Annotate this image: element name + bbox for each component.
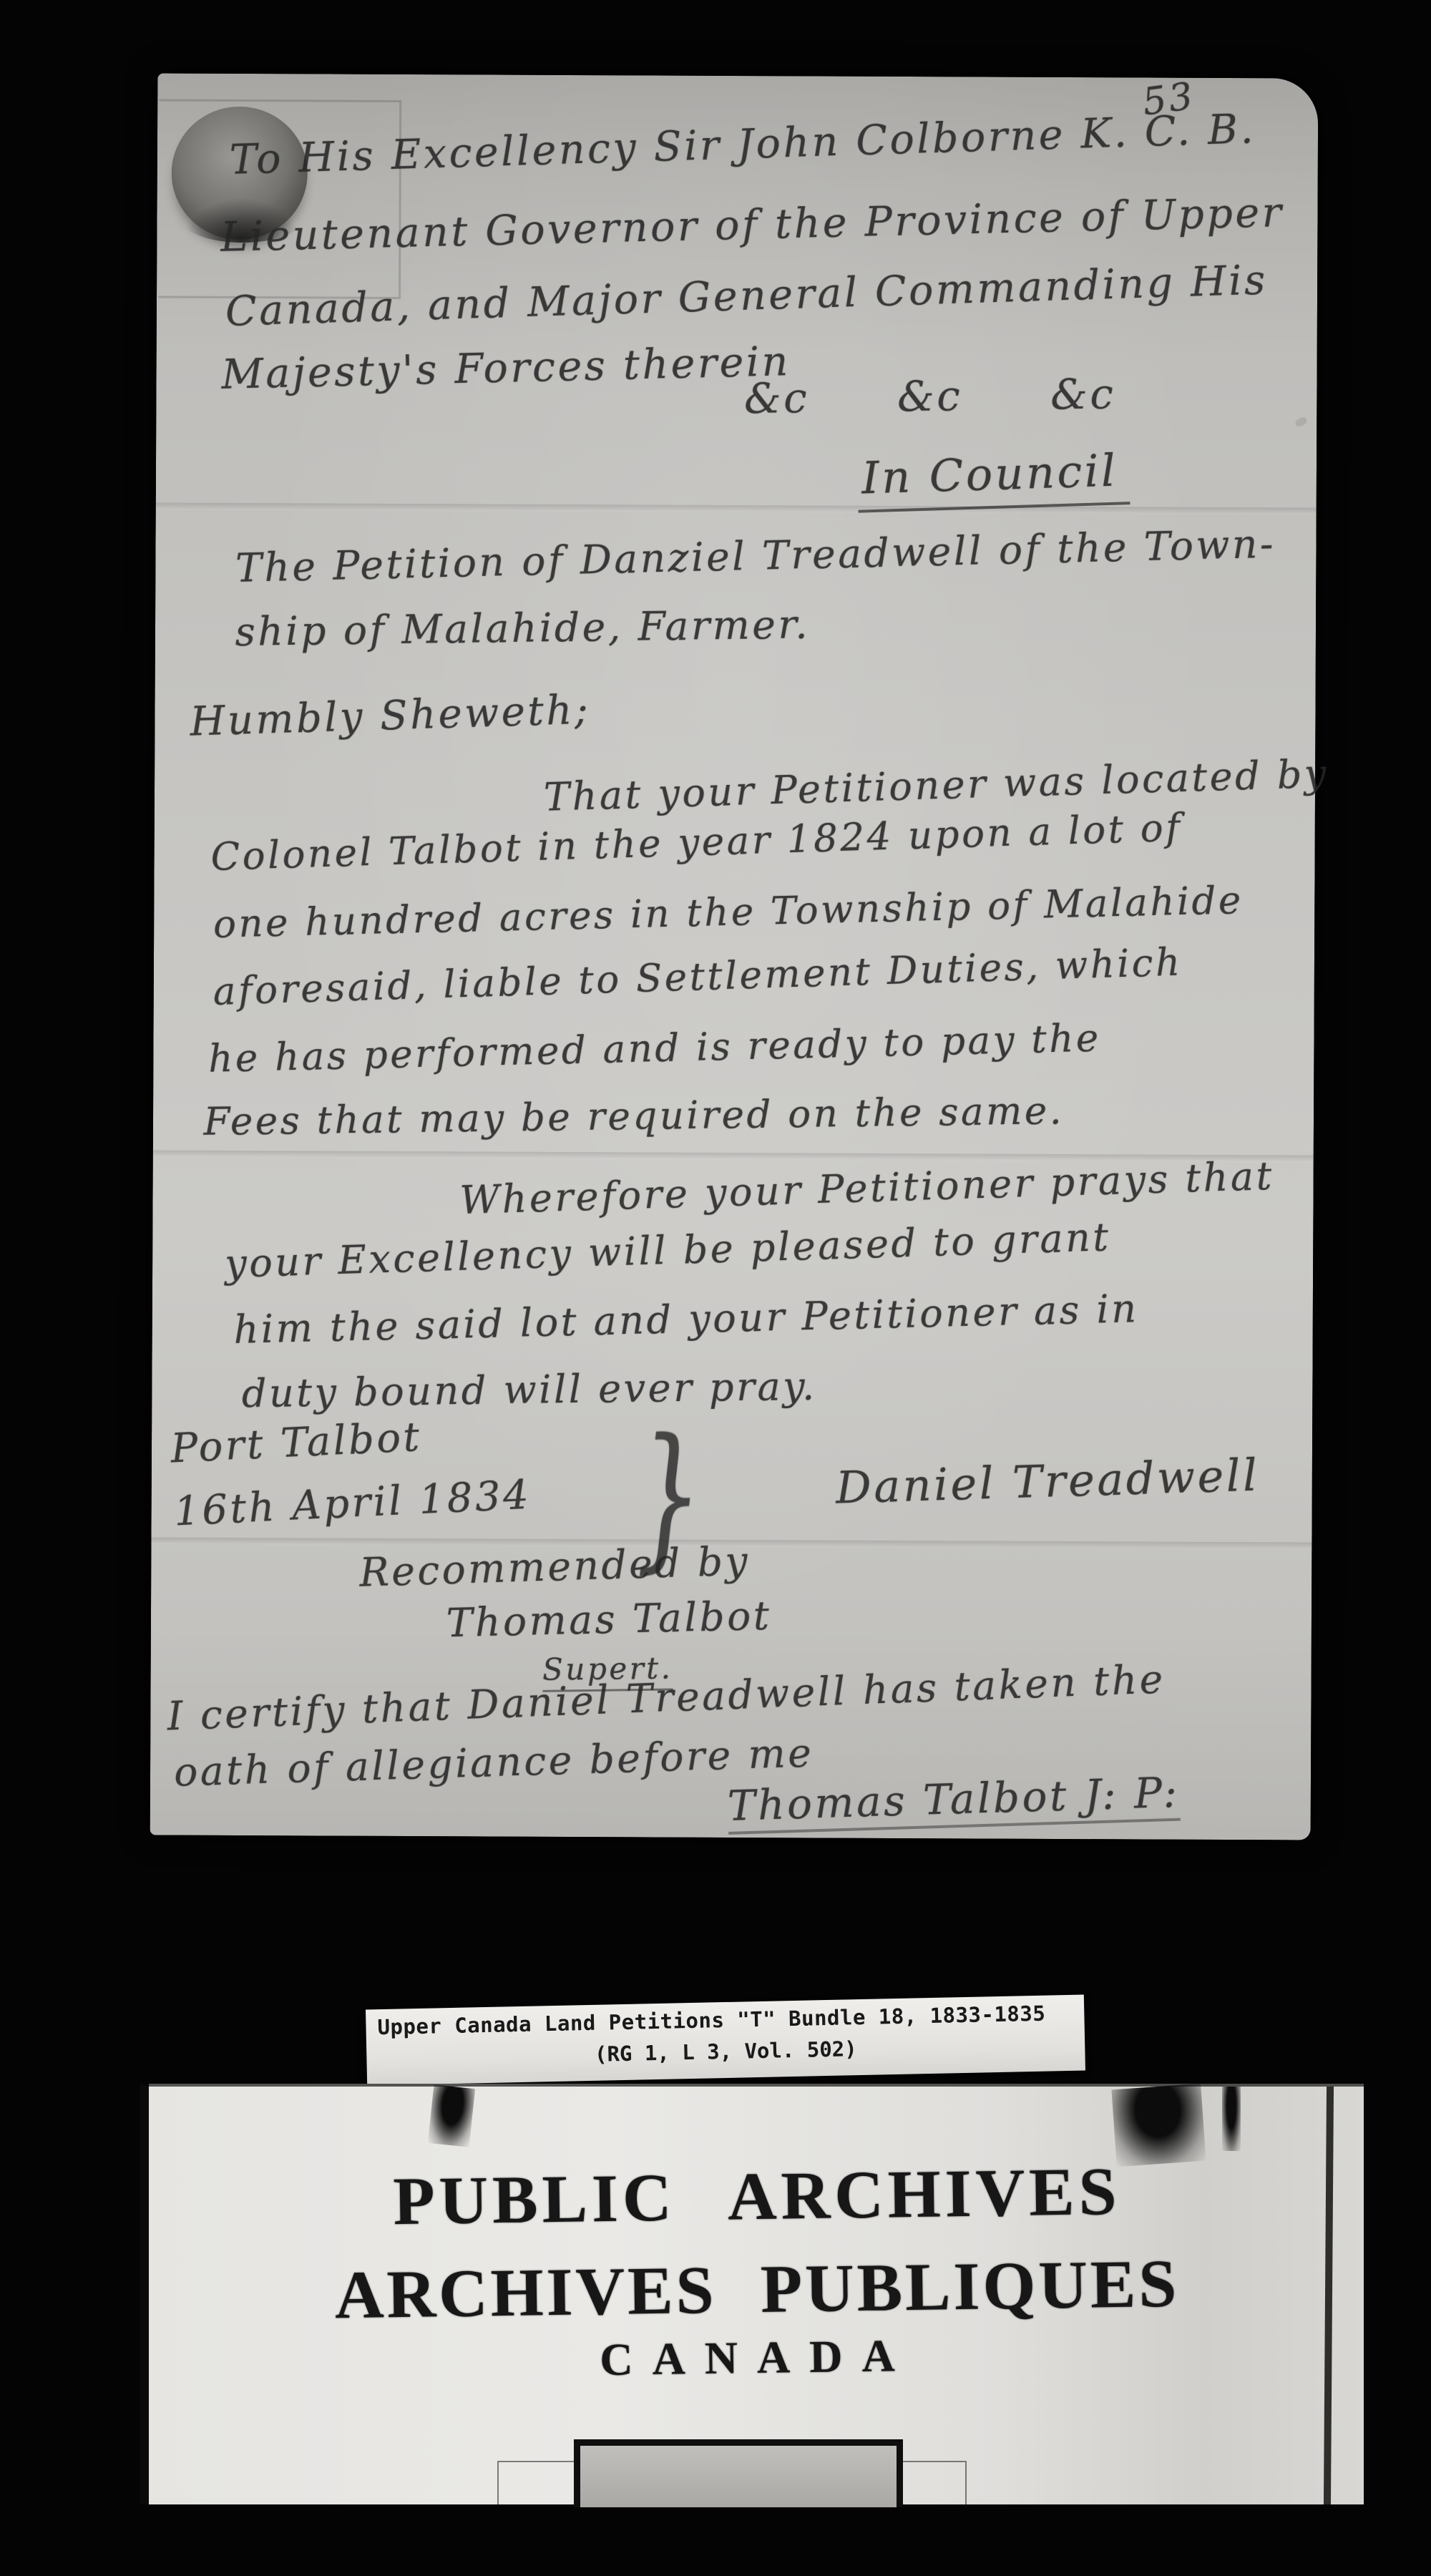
place-line: Port Talbot bbox=[170, 1414, 423, 1473]
archive-label-strip: Upper Canada Land Petitions "T" Bundle 1… bbox=[366, 1994, 1085, 2085]
stamp-line-public-archives: PUBLIC ARCHIVES bbox=[263, 2150, 1251, 2242]
card-crease-line bbox=[1324, 2087, 1334, 2504]
opening-line-1: The Petition of Danziel Treadwell of the… bbox=[235, 521, 1276, 591]
archival-scan: { "colors": { "background": "#040404", "… bbox=[0, 0, 1431, 2576]
body-line-2: Colonel Talbot in the year 1824 upon a l… bbox=[210, 806, 1183, 879]
body-line-1: That your Petitioner was located by bbox=[543, 751, 1329, 819]
bottom-tab bbox=[574, 2439, 903, 2507]
paper-fold bbox=[156, 502, 1317, 514]
address-line-4: Majesty's Forces therein bbox=[221, 338, 791, 399]
ink-smudge-left bbox=[428, 2084, 475, 2147]
etcetera-marks: &c &c &c bbox=[744, 369, 1116, 423]
ink-smudge-right-stroke bbox=[1222, 2087, 1241, 2151]
prayer-line-4: duty bound will ever pray. bbox=[241, 1363, 817, 1416]
archive-label-line-2: (RG 1, L 3, Vol. 502) bbox=[366, 2031, 1085, 2071]
petitioner-signature: Daniel Treadwell bbox=[835, 1449, 1260, 1514]
certifier-signature: Thomas Talbot J: P: bbox=[727, 1768, 1181, 1835]
date-line: 16th April 1834 bbox=[173, 1472, 532, 1536]
body-line-4: aforesaid, liable to Settlement Duties, … bbox=[213, 940, 1183, 1013]
in-council-heading: In Council bbox=[856, 444, 1130, 513]
prayer-line-2: your Excellency will be pleased to grant bbox=[224, 1214, 1111, 1287]
recommendation-line-2: Thomas Talbot bbox=[446, 1593, 772, 1646]
stamp-line-archives-publiques: ARCHIVES PUBLIQUES bbox=[263, 2243, 1251, 2335]
certification-line-2: oath of allegiance before me bbox=[173, 1729, 814, 1795]
prayer-line-1: Wherefore your Petitioner prays that bbox=[459, 1153, 1275, 1224]
body-line-5: he has performed and is ready to pay the bbox=[208, 1016, 1102, 1080]
opening-line-2: ship of Malahide, Farmer. bbox=[235, 601, 810, 655]
archive-label-line-1: Upper Canada Land Petitions "T" Bundle 1… bbox=[377, 2001, 1045, 2040]
recommendation-line-1: Recommended by bbox=[358, 1538, 751, 1596]
prayer-line-3: him the said lot and your Petitioner as … bbox=[233, 1286, 1139, 1352]
petition-page: 53 To His Excellency Sir John Colborne K… bbox=[150, 73, 1319, 1840]
body-line-3: one hundred acres in the Township of Mal… bbox=[213, 879, 1244, 947]
archives-stamp-card: PUBLIC ARCHIVES ARCHIVES PUBLIQUES CANAD… bbox=[140, 2084, 1364, 2504]
stamp-line-canada: CANADA bbox=[263, 2324, 1251, 2391]
body-line-6: Fees that may be required on the same. bbox=[203, 1089, 1064, 1144]
salutation: Humbly Sheweth; bbox=[190, 687, 592, 746]
